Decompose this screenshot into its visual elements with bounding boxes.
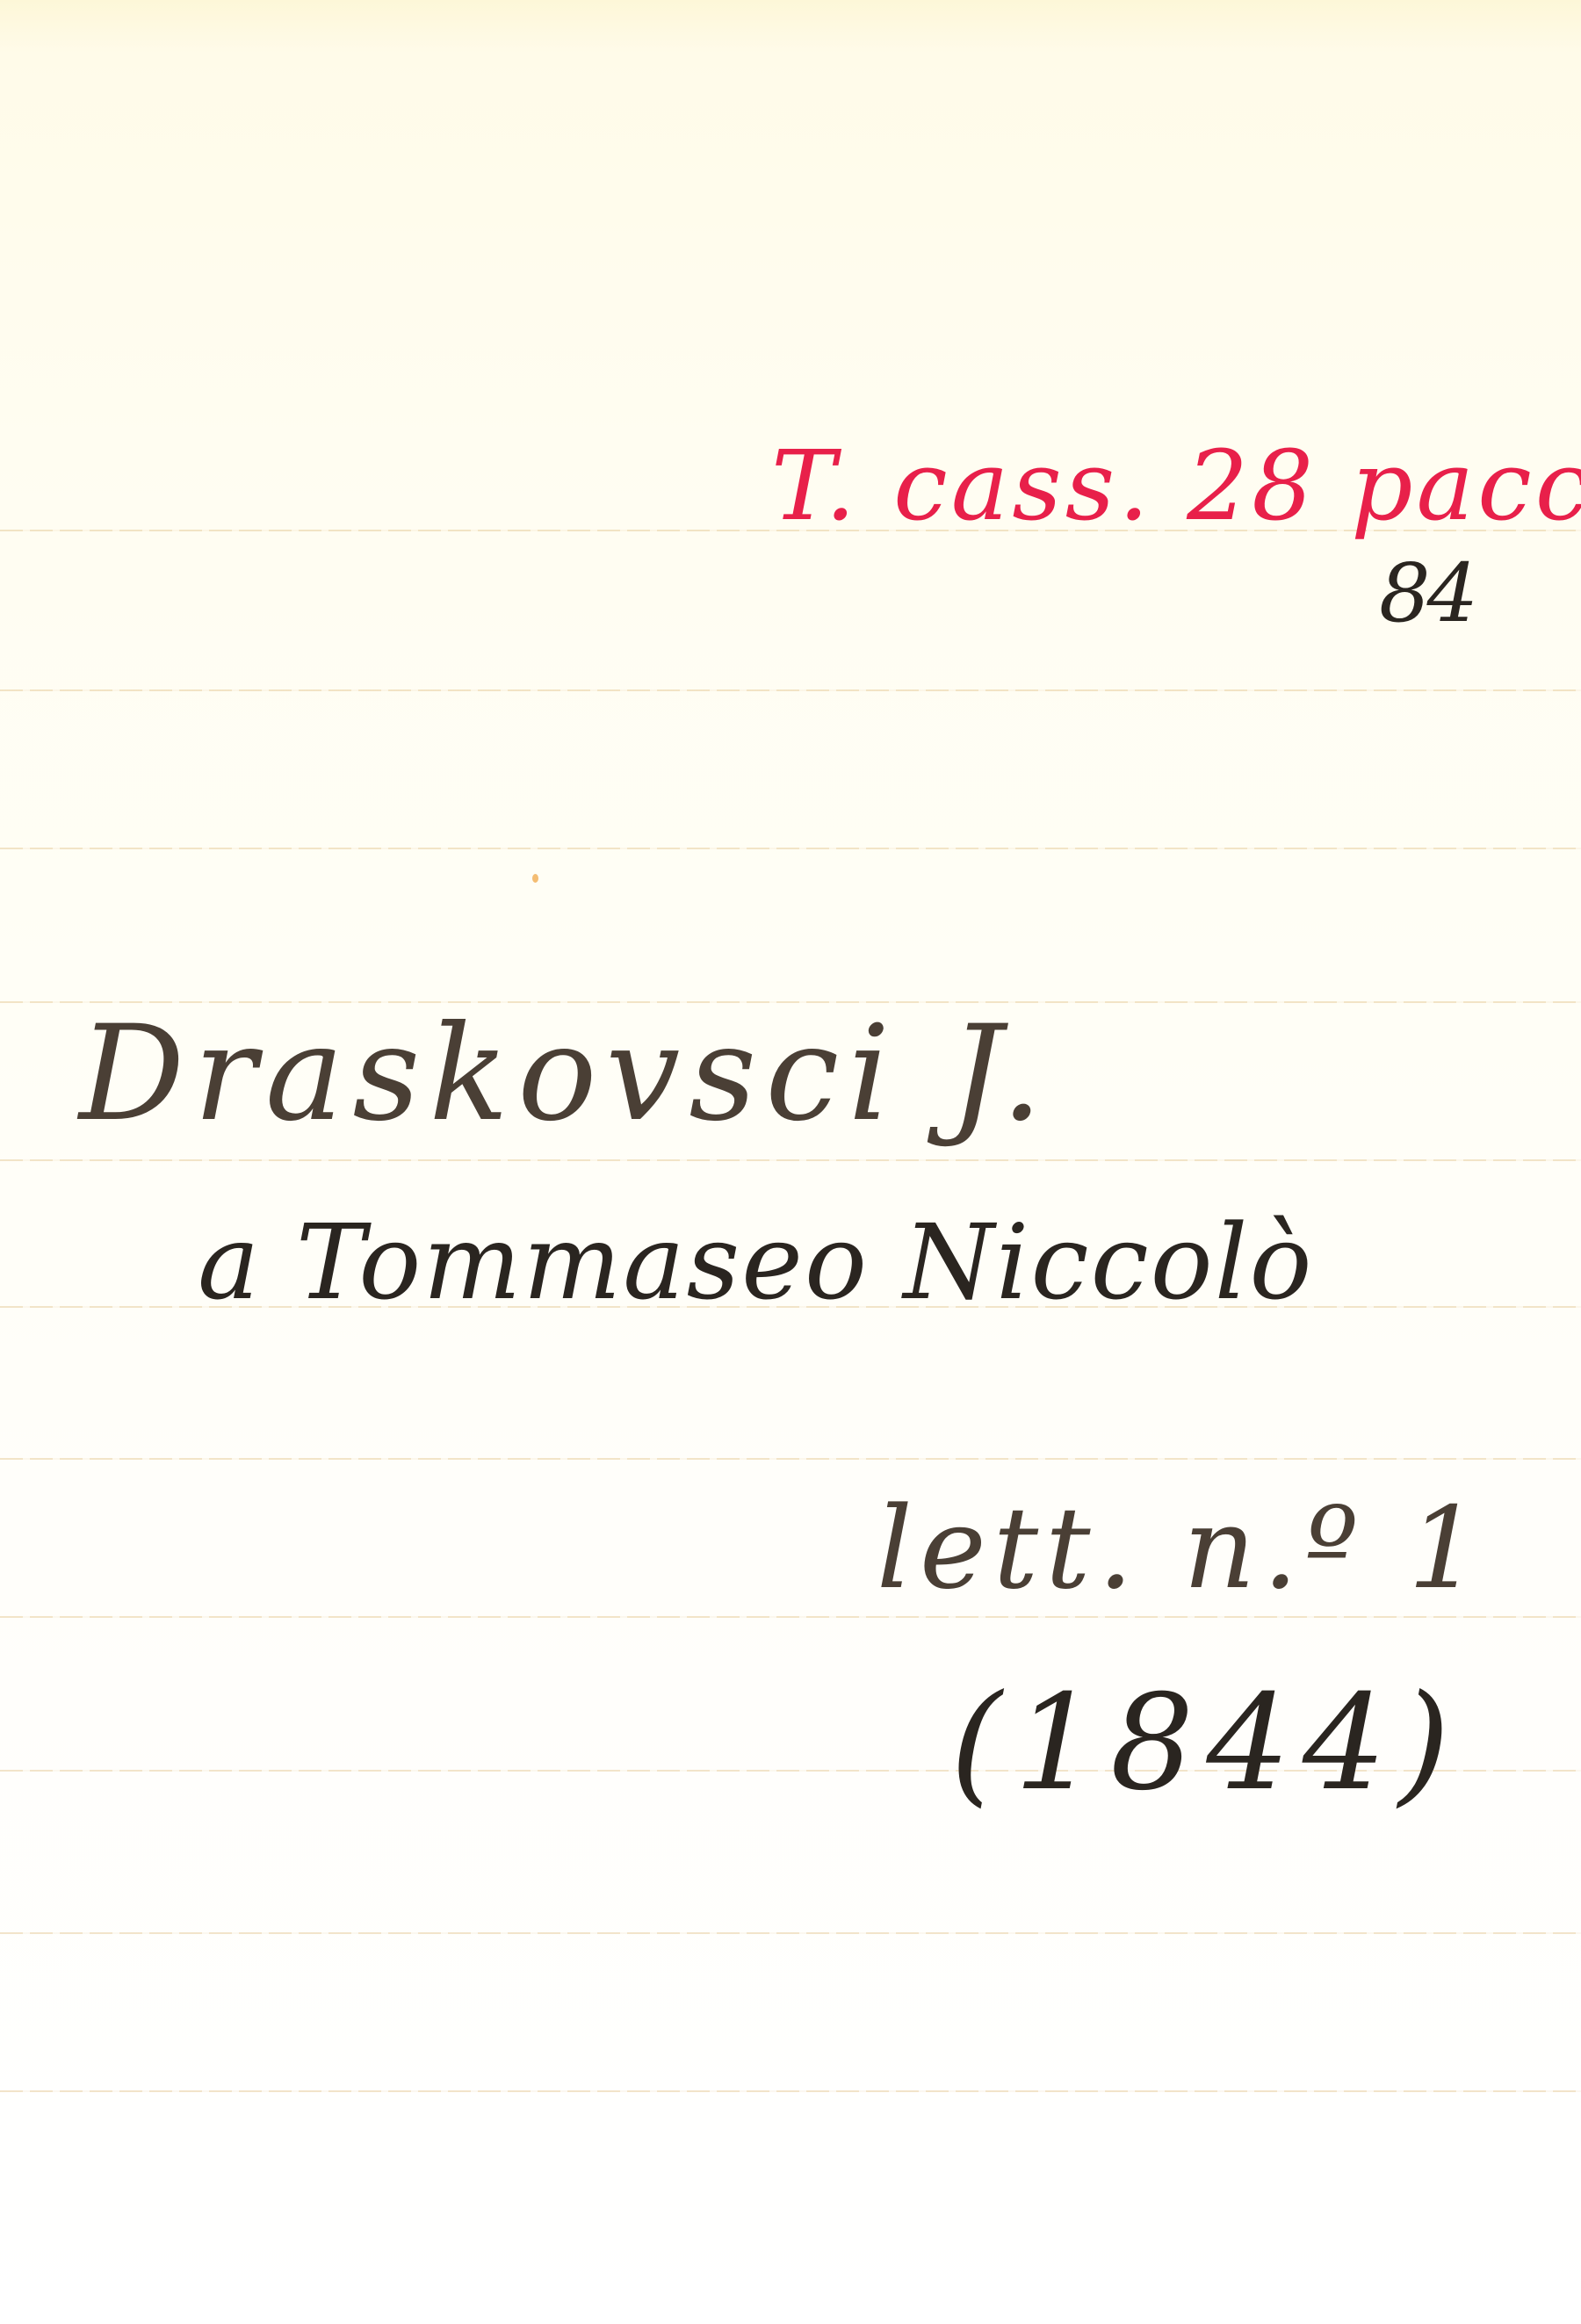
shelfmark-text: T. cass. 28 pacco 77 [771, 429, 1581, 542]
ruled-line [0, 2090, 1581, 2092]
letters-count: lett. n.º 1 [877, 1493, 1486, 1606]
ruled-line [0, 689, 1581, 691]
ruled-line [0, 1159, 1581, 1161]
sender-name: Draskovsci J. [79, 1008, 1051, 1140]
letter-year: (1844) [950, 1678, 1462, 1809]
ruled-line [0, 1932, 1581, 1934]
recipient-name: a Tommaseo Niccolò [198, 1210, 1314, 1314]
sub-number: 84 [1379, 553, 1475, 634]
ink-speck [532, 874, 538, 883]
archive-card: T. cass. 28 pacco 77. 84 Draskovsci J. a… [0, 0, 1581, 2324]
ruled-line [0, 1458, 1581, 1460]
ruled-line [0, 1616, 1581, 1618]
ruled-line [0, 848, 1581, 849]
shelfmark-header: T. cass. 28 pacco 77. [771, 437, 1581, 534]
